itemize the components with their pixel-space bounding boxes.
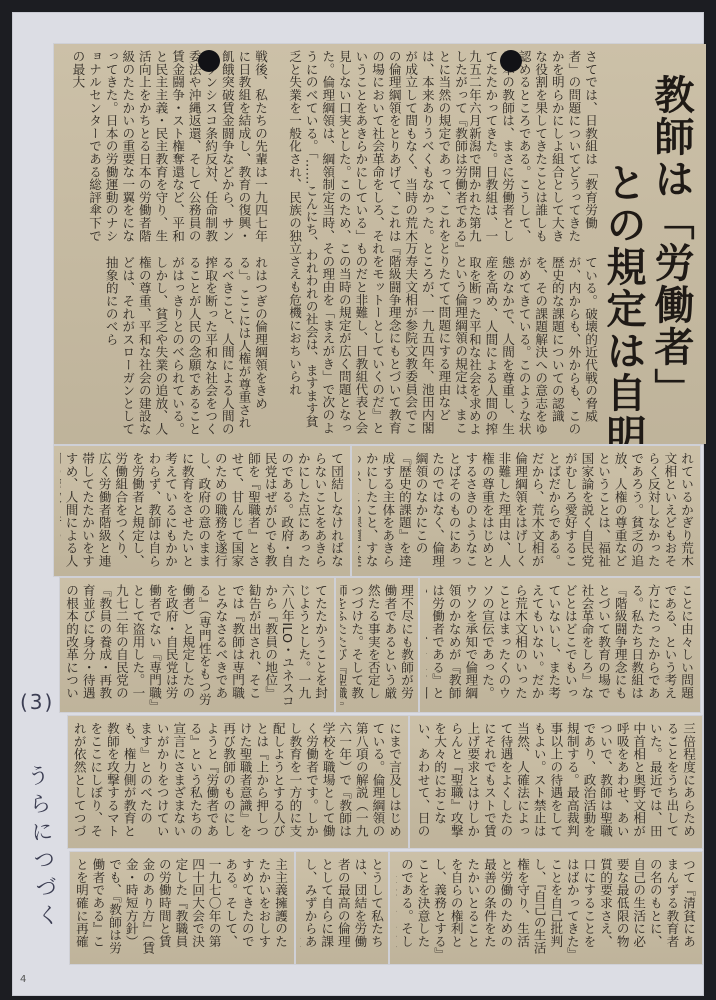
mounting-board: 教師は「労働者」 との規定は自明 さてでは、日教組は「教育労働者」の問題について… <box>12 12 704 996</box>
article-clipping-row4-right: 三倍程度にあらためることをうち出していた。最近では、田中首相と奥野文相が呼吸をあ… <box>410 716 702 848</box>
punch-hole-left <box>198 50 220 72</box>
article-text-top-left-lower: れはつぎの倫理綱領をきめる」。ここには人権が尊重されるべきこと、人間による人間の… <box>58 256 268 436</box>
article-clipping-mid-right: れているかぎり荒木文相といえどもおそらく反対しなかったであろう。貧乏の追放、人権… <box>352 446 700 576</box>
article-text-low-left: てたたかうことを封じようとした。一九六八年ILO・ユネスコから『教員の地位』勧告… <box>66 584 328 708</box>
article-clipping-row5-left: 主主義擁護のたたかいをおしすすめてきたのである。そして、一九七〇年の第四十回大会… <box>70 852 294 964</box>
article-text-top-right-lower: ている。破壊的近代戦の脅威が、内からも、外からも、この歴史的な課題についての認識… <box>470 256 598 436</box>
article-text-row4-right: 三倍程度にあらためることをうち出していた。最近では、田中首相と奥野文相が呼吸をあ… <box>416 722 696 844</box>
article-clipping-low-right: ことに由々しい問題である、という考え方にたったからである。私たち日教組は『階級闘… <box>420 578 700 712</box>
article-text-mid-right: れているかぎり荒木文相といえどもおそらく反対しなかったであろう。貧乏の追放、人権… <box>358 452 694 572</box>
article-clipping-row4-left: にまで言及しはじめている。倫理綱領の第八項の解説（一九六一年）で『教師は学校を職… <box>68 716 408 848</box>
handwritten-continue-note: うらにつづく <box>20 763 63 933</box>
article-text-mid-left: て団結しなければならないことをあきらかにした点にあったのである。政府・自民党はぜ… <box>60 452 344 572</box>
handwritten-section-number: (3) <box>20 690 54 714</box>
article-text-low-mid: 理不尽にも教師が労働者であるという厳然たる事実を否定しつづけた。そして教師をふた… <box>340 584 414 708</box>
article-clipping-low-mid: 理不尽にも教師が労働者であるという厳然たる事実を否定しつづけた。そして教師をふた… <box>336 578 418 712</box>
article-text-row5-left: 主主義擁護のたたかいをおしすすめてきたのである。そして、一九七〇年の第四十回大会… <box>76 858 288 960</box>
article-text-top-left: 戦後、私たちの先輩は一九四七年に日教組を結成し、教育の復興・飢餓突破賃金闘争など… <box>58 50 268 246</box>
headline-line-2: との規定は自明 <box>600 162 646 444</box>
article-clipping-row5-right: つて『清貧にあまんずる教育者の名のもとに、自己の生活に必要な最低限の物質的要求さ… <box>390 852 702 964</box>
article-text-row5-right: つて『清貧にあまんずる教育者の名のもとに、自己の生活に必要な最低限の物質的要求さ… <box>396 858 696 960</box>
punch-hole-right <box>500 50 522 72</box>
headline-line-1: 教師は「労働者」 <box>648 74 694 410</box>
article-clipping-low-left: てたたかうことを封じようとした。一九六八年ILO・ユネスコから『教員の地位』勧告… <box>60 578 334 712</box>
article-text-low-right: ことに由々しい問題である、という考え方にたったからである。私たち日教組は『階級闘… <box>426 584 694 708</box>
article-clipping-top: 教師は「労働者」 との規定は自明 さてでは、日教組は「教育労働者」の問題について… <box>54 44 706 444</box>
article-clipping-mid-left: て団結しなければならないことをあきらかにした点にあったのである。政府・自民党はぜ… <box>54 446 350 576</box>
article-text-top-right: さてでは、日教組は「教育労働者」の問題についてどうってきたかを明らかにしよ組合と… <box>470 50 598 246</box>
article-clipping-row5-mid: とうして私たちは、団結を労働者の最高の倫理として自らに課し、みずからあきらかにし… <box>296 852 388 964</box>
article-text-top-middle: したがって『教師は労働者である』という倫理綱領の規定は、まことに当然の規定であっ… <box>270 50 468 436</box>
article-text-row5-mid: とうして私たちは、団結を労働者の最高の倫理として自らに課し、みずからあきらかにし… <box>300 858 384 960</box>
handwritten-page-mark: 4 <box>20 974 26 985</box>
article-text-row4-left: にまで言及しはじめている。倫理綱領の第八項の解説（一九六一年）で『教師は学校を職… <box>74 722 402 844</box>
